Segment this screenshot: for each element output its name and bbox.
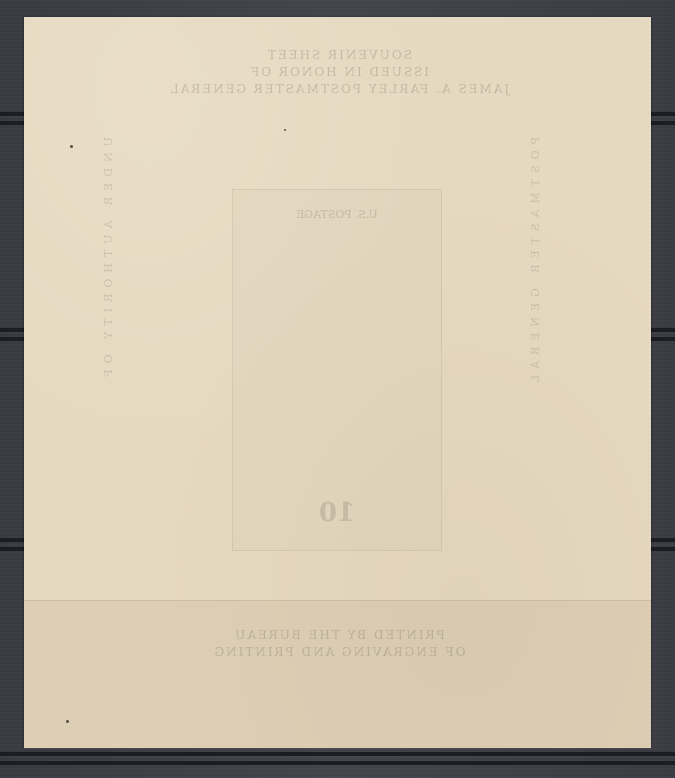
- top-text-line: SOUVENIR SHEET: [134, 47, 544, 64]
- top-text-line: ISSUED IN HONOR OF: [134, 64, 544, 81]
- stockbook-pocket-strip: [24, 600, 651, 749]
- bottom-text-line: OF ENGRAVING AND PRINTING: [134, 644, 544, 661]
- bleed-through-left-text: UNDER AUTHORITY OF: [102, 137, 115, 617]
- bleed-through-top-text: SOUVENIR SHEET ISSUED IN HONOR OF JAMES …: [134, 47, 544, 98]
- stamp-outline: U.S. POSTAGE 10: [232, 189, 442, 551]
- top-text-line: JAMES A. FARLEY POSTMASTER GENERAL: [134, 81, 544, 98]
- bleed-through-right-text: POSTMASTER GENERAL: [529, 137, 542, 617]
- bottom-text-line: PRINTED BY THE BUREAU: [134, 627, 544, 644]
- paper-speck: [70, 145, 73, 148]
- paper-speck: [284, 129, 286, 131]
- stockbook-rule: [0, 752, 675, 766]
- stamp-value: 10: [233, 498, 441, 528]
- souvenir-sheet-back: SOUVENIR SHEET ISSUED IN HONOR OF JAMES …: [24, 17, 651, 748]
- paper-speck: [66, 720, 69, 723]
- bleed-through-bottom-text: PRINTED BY THE BUREAU OF ENGRAVING AND P…: [134, 627, 544, 661]
- stamp-header: U.S. POSTAGE: [243, 208, 431, 221]
